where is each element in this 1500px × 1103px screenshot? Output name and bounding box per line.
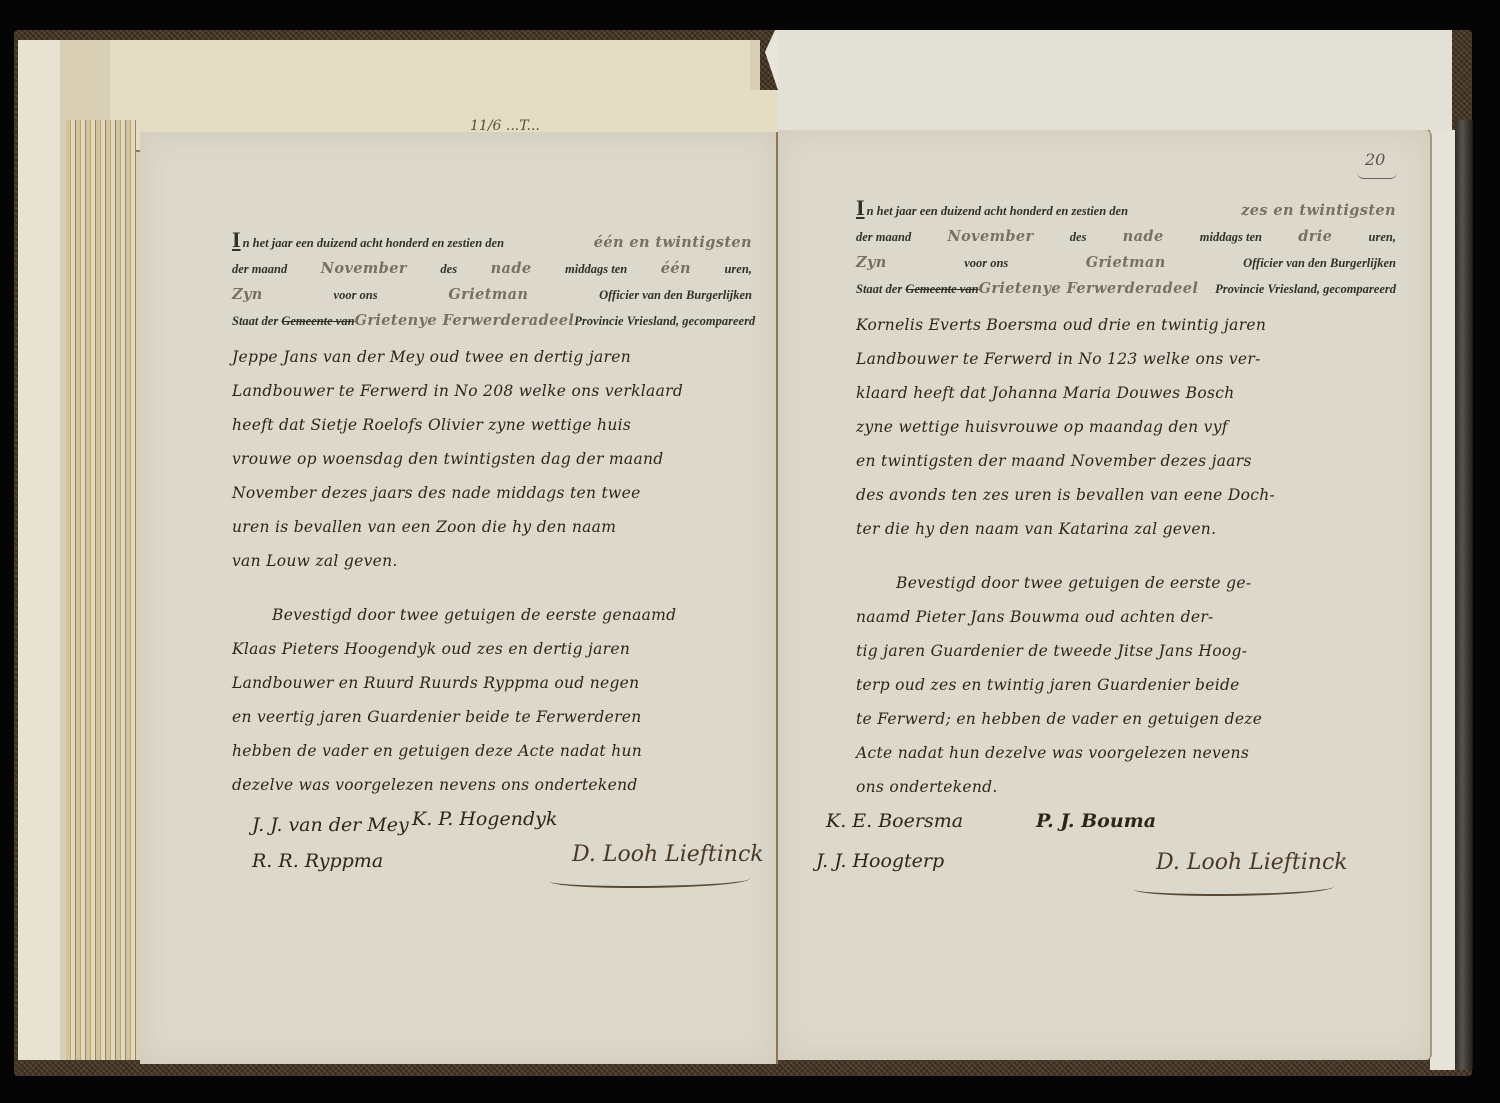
filled-month: November: [321, 256, 407, 282]
form-line-1: In het jaar een duizend acht honderd en …: [232, 227, 752, 256]
signature-father: J. J. van der Mey: [252, 814, 409, 836]
marbled-cover-edge: [1455, 120, 1473, 1070]
filled-official-title: Grietman: [448, 282, 528, 308]
signature-witness-2: R. R. Ryppma: [252, 850, 383, 872]
birth-record-right: In het jaar een duizend acht honderd en …: [856, 195, 1396, 920]
filled-hour: drie: [1298, 224, 1332, 250]
drop-initial: I: [232, 227, 241, 252]
form-line-3: Zyn voor ons Grietman Officier van den B…: [856, 250, 1396, 276]
form-line-1: In het jaar een duizend acht honderd en …: [856, 195, 1396, 224]
declaration-text: Kornelis Everts Boersma oud drie en twin…: [856, 308, 1396, 546]
signature-witness-1: K. P. Hogendyk: [412, 808, 557, 830]
left-page: In het jaar een duizend acht honderd en …: [140, 132, 778, 1064]
folded-sheet-top: [778, 30, 1452, 132]
filled-month: November: [947, 224, 1033, 250]
filled-time: nade: [1123, 224, 1164, 250]
struck-text: Gemeente van: [281, 314, 354, 328]
filled-municipality: Grietenye Ferwerderadeel: [355, 312, 575, 329]
right-page: In het jaar een duizend acht honderd en …: [778, 130, 1432, 1060]
signature-officer: D. Looh Lieftinck: [572, 842, 764, 867]
signature-officer: D. Looh Lieftinck: [1156, 850, 1348, 875]
left-endpaper: [18, 40, 63, 1060]
form-line-4: Staat der Gemeente vanGrietenye Ferwerde…: [232, 308, 752, 334]
filled-hour: één: [661, 256, 691, 282]
signature-father: K. E. Boersma: [826, 810, 963, 832]
form-line-2: der maand November des nade middags ten …: [856, 224, 1396, 250]
witness-text: Bevestigd door twee getuigen de eerste g…: [232, 598, 752, 802]
right-page-outer-edge: [1430, 130, 1455, 1070]
declaration-text: Jeppe Jans van der Mey oud twee en derti…: [232, 340, 752, 578]
signature-witness-2: J. J. Hoogterp: [816, 850, 944, 872]
filled-official-title: Grietman: [1086, 250, 1166, 276]
struck-text: Gemeente van: [905, 282, 978, 296]
drop-initial: I: [856, 195, 865, 220]
birth-record-left: In het jaar een duizend acht honderd en …: [232, 227, 752, 918]
signature-block: J. J. van der Mey K. P. Hogendyk R. R. R…: [232, 808, 752, 918]
filled-day: één en twintigsten: [594, 230, 752, 256]
form-line-4: Staat der Gemeente vanGrietenye Ferwerde…: [856, 276, 1396, 302]
page-number: 20: [1365, 150, 1385, 169]
witness-text: Bevestigd door twee getuigen de eerste g…: [856, 566, 1396, 804]
form-line-2: der maand November des nade middags ten …: [232, 256, 752, 282]
form-line-3: Zyn voor ons Grietman Officier van den B…: [232, 282, 752, 308]
signature-block: K. E. Boersma P. J. Bouma J. J. Hoogterp…: [856, 810, 1396, 920]
filled-day: zes en twintigsten: [1241, 198, 1396, 224]
signature-witness-1: P. J. Bouma: [1036, 810, 1156, 832]
filled-time: nade: [491, 256, 532, 282]
filled-municipality: Grietenye Ferwerderadeel: [979, 280, 1199, 297]
page-edges: [66, 120, 136, 1060]
